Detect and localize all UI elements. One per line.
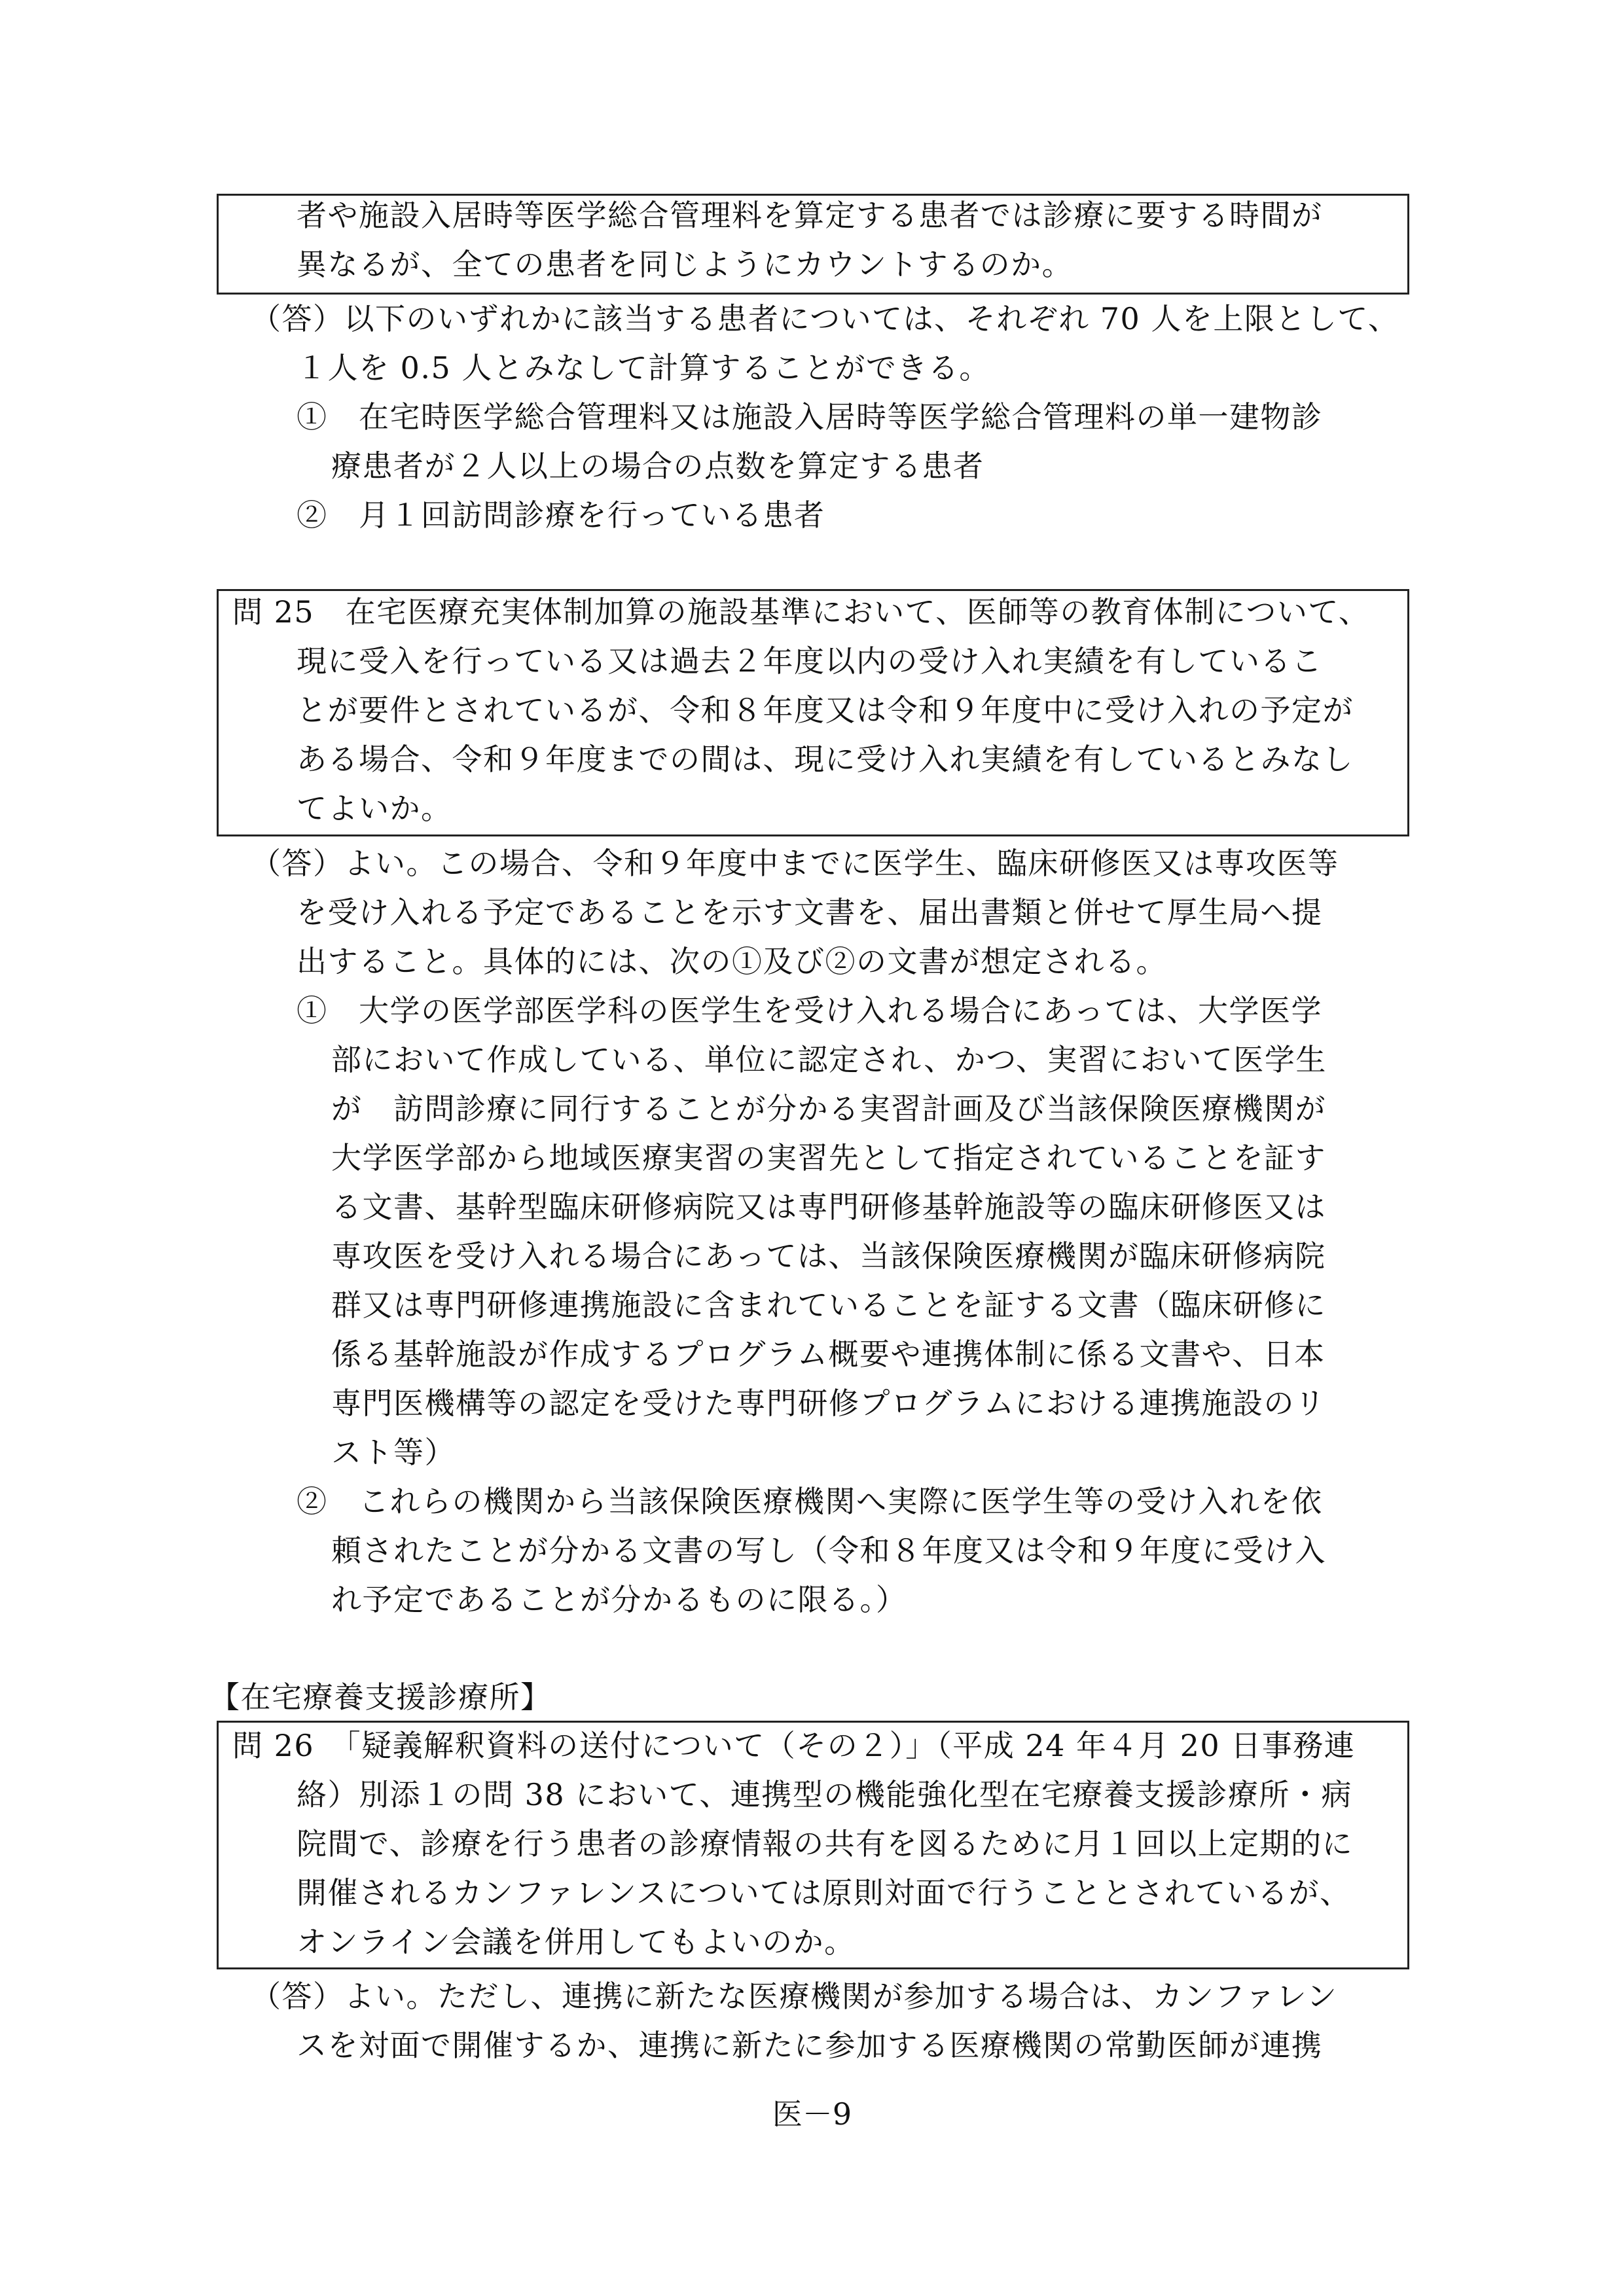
question-text-line: 異なるが、全ての患者を同じようにカウントするのか。 (297, 240, 1073, 289)
answer-list-item-cont: 部において作成している、単位に認定され、かつ、実習において医学生 (331, 1035, 1327, 1085)
answer-list-item-cont: れ予定であることが分かるものに限る。） (331, 1575, 907, 1624)
answer-text-line: （答）以下のいずれかに該当する患者については、それぞれ 70 人を上限として、 (251, 295, 1399, 344)
answer-list-item-cont: 専攻医を受け入れる場合にあっては、当該保険医療機関が臨床研修病院 (331, 1232, 1326, 1281)
section-heading: 【在宅療養支援診療所】 (209, 1673, 552, 1722)
answer-list-item-cont: 頼されたことが分かる文書の写し（令和８年度又は令和９年度に受け入 (331, 1526, 1326, 1575)
answer-list-item: ② これらの機関から当該保険医療機関へ実際に医学生等の受け入れを依 (297, 1477, 1323, 1526)
question-text-line: 開催されるカンファレンスについては原則対面で行うこととされているが、 (297, 1869, 1351, 1918)
answer-text-line: （答）よい。この場合、令和９年度中までに医学生、臨床研修医又は専攻医等 (251, 839, 1339, 888)
answer-list-item-cont: スト等） (331, 1428, 456, 1477)
answer-text-line: （答）よい。ただし、連携に新たな医療機関が参加する場合は、カンファレン (251, 1972, 1337, 2021)
document-page: 者や施設入居時等医学総合管理料を算定する患者では診療に要する時間が 異なるが、全… (0, 0, 1624, 2296)
answer-list-item: ① 大学の医学部医学科の医学生を受け入れる場合にあっては、大学医学 (297, 986, 1322, 1035)
answer-text-line: １人を 0.5 人とみなして計算することができる。 (297, 344, 990, 393)
answer-list-item-cont: 群又は専門研修連携施設に含まれていることを証する文書（臨床研修に (331, 1281, 1326, 1330)
answer-list-item: ② 月１回訪問診療を行っている患者 (297, 491, 825, 540)
answer-list-item-cont: る文書、基幹型臨床研修病院又は専門研修基幹施設等の臨床研修医又は (331, 1183, 1326, 1232)
question-text-line: ある場合、令和９年度までの間は、現に受け入れ実績を有しているとみなし (297, 735, 1354, 784)
answer-list-item-cont: が 訪問診療に同行することが分かる実習計画及び当該保険医療機関が (331, 1085, 1326, 1134)
question-text-line: 現に受入を行っている又は過去２年度以内の受け入れ実績を有しているこ (297, 637, 1323, 686)
question-text-line: 院間で、診療を行う患者の診療情報の共有を図るために月１回以上定期的に (297, 1820, 1353, 1869)
answer-text-line: スを対面で開催するか、連携に新たに参加する医療機関の常勤医師が連携 (297, 2021, 1323, 2070)
answer-list-item: ① 在宅時医学総合管理料又は施設入居時等医学総合管理料の単一建物診 (297, 393, 1323, 442)
answer-list-item-cont: 療患者が２人以上の場合の点数を算定する患者 (331, 442, 984, 491)
question-text-line: 者や施設入居時等医学総合管理料を算定する患者では診療に要する時間が (297, 191, 1323, 240)
question-title: 問 25 在宅医療充実体制加算の施設基準において、医師等の教育体制について、 (232, 588, 1369, 637)
answer-text-line: 出すること。具体的には、次の①及び②の文書が想定される。 (297, 937, 1167, 986)
page-number: 医－9 (0, 2094, 1624, 2134)
question-text-line: オンライン会議を併用してもよいのか。 (297, 1918, 856, 1967)
answer-list-item-cont: 大学医学部から地域医療実習の実習先として指定されていることを証す (331, 1134, 1326, 1183)
question-text-line: 絡）別添１の問 38 において、連携型の機能強化型在宅療養支援診療所・病 (297, 1770, 1352, 1820)
answer-list-item-cont: 専門医機構等の認定を受けた専門研修プログラムにおける連携施設のリ (331, 1379, 1326, 1428)
question-title: 問 26 「疑義解釈資料の送付について（その２）」（平成 24 年４月 20 日… (232, 1721, 1355, 1770)
answer-list-item-cont: 係る基幹施設が作成するプログラム概要や連携体制に係る文書や、日本 (331, 1330, 1326, 1379)
question-text-line: てよいか。 (297, 784, 452, 833)
answer-text-line: を受け入れる予定であることを示す文書を、届出書類と併せて厚生局へ提 (297, 888, 1323, 937)
question-text-line: とが要件とされているが、令和８年度又は令和９年度中に受け入れの予定が (297, 686, 1354, 735)
